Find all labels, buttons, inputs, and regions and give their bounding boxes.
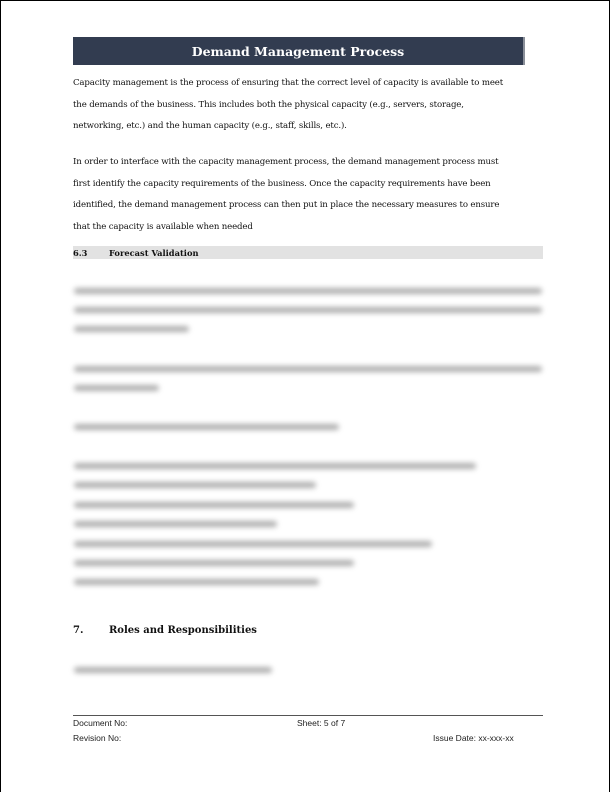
paragraph-line: In order to interface with the capacity … <box>73 152 542 174</box>
blurred-text-line <box>74 326 189 332</box>
section-number: 6.3 <box>73 248 109 258</box>
document-title: Demand Management Process <box>192 44 404 59</box>
footer-sheet: Sheet: 5 of 7 <box>297 718 345 728</box>
section-heading-roles-responsibilities: 7. Roles and Responsibilities <box>73 625 257 636</box>
blurred-list-item <box>74 463 476 469</box>
section-title: Roles and Responsibilities <box>109 625 257 636</box>
blurred-text-line <box>74 385 159 391</box>
blurred-text-line <box>74 366 542 372</box>
blurred-list-item <box>74 521 277 527</box>
paragraph-interface: In order to interface with the capacity … <box>73 152 542 238</box>
blurred-text-line <box>74 288 542 294</box>
document-page: Demand Management Process Capacity manag… <box>0 0 610 792</box>
blurred-list-item <box>74 560 354 566</box>
paragraph-line: that the capacity is available when need… <box>73 217 542 239</box>
paragraph-line: the demands of the business. This includ… <box>73 95 542 117</box>
paragraph-line: identified, the demand management proces… <box>73 195 542 217</box>
section-title: Forecast Validation <box>109 248 199 258</box>
blurred-text-line <box>74 424 339 430</box>
footer-revision-no: Revision No: <box>73 733 121 743</box>
blurred-content-roles <box>74 667 272 673</box>
document-title-bar: Demand Management Process <box>73 37 525 65</box>
footer-issue-date: Issue Date: xx-xxx-xx <box>433 733 514 743</box>
paragraph-line: networking, etc.) and the human capacity… <box>73 116 542 138</box>
footer-document-no: Document No: <box>73 718 127 728</box>
footer-divider <box>73 715 543 716</box>
paragraph-line: first identify the capacity requirements… <box>73 174 542 196</box>
blurred-list-item <box>74 541 432 547</box>
paragraph-capacity-management: Capacity management is the process of en… <box>73 73 542 138</box>
section-number: 7. <box>73 625 109 636</box>
blurred-list-item <box>74 502 354 508</box>
paragraph-line: Capacity management is the process of en… <box>73 73 542 95</box>
blurred-list-item <box>74 579 319 585</box>
blurred-text-line <box>74 307 542 313</box>
blurred-list-item <box>74 482 316 488</box>
section-heading-forecast-validation: 6.3 Forecast Validation <box>73 246 543 259</box>
